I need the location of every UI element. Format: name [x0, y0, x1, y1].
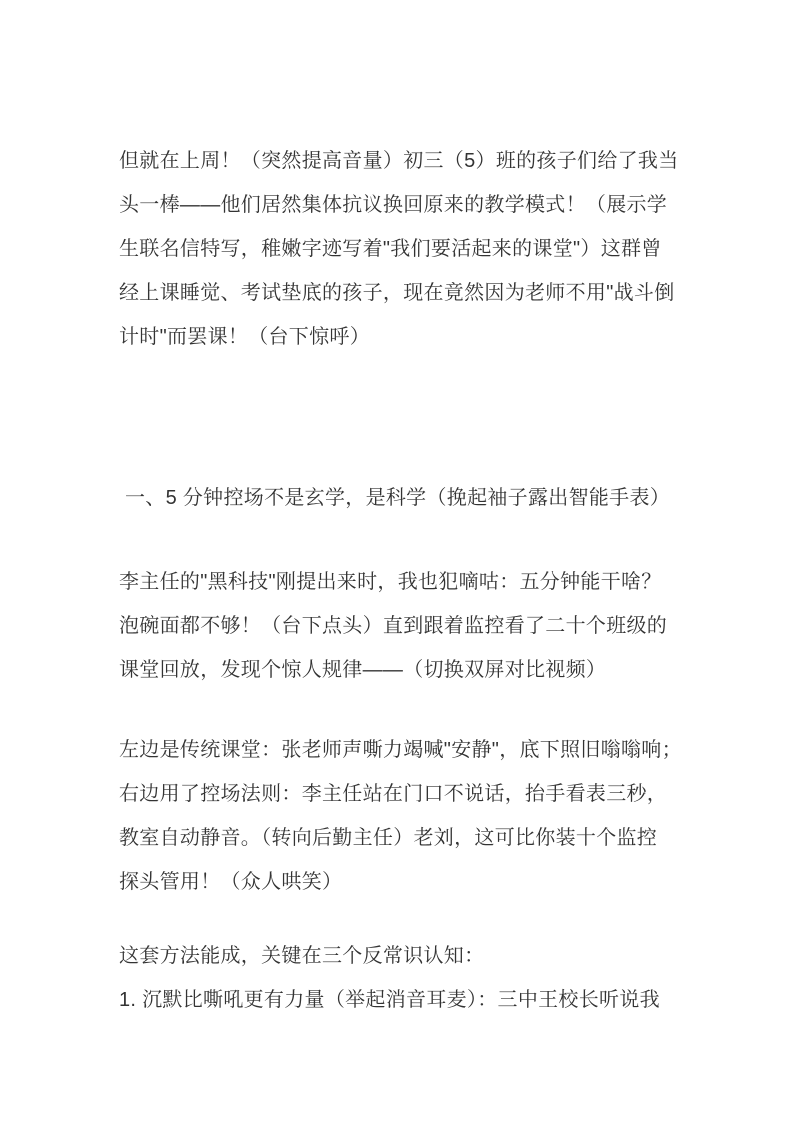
text-line: 课堂回放，发现个惊人规律——（切换双屏对比视频）: [119, 648, 691, 692]
paragraph-classroom-comparison: 左边是传统课堂：张老师声嘶力竭喊"安静"，底下照旧嗡嗡响； 右边用了控场法则：李…: [119, 728, 691, 904]
text-line: 右边用了控场法则：李主任站在门口不说话，抬手看表三秒，: [119, 772, 691, 816]
section-heading: 一、5 分钟控场不是玄学，是科学（挽起袖子露出智能手表）: [119, 476, 691, 520]
text-line: 探头管用！（众人哄笑）: [119, 860, 691, 904]
paragraph-black-tech-doubt: 李主任的"黑科技"刚提出来时，我也犯嘀咕：五分钟能干啥？ 泡碗面都不够！（台下点…: [119, 560, 691, 692]
document-page: 但就在上周！（突然提高音量）初三（5）班的孩子们给了我当 头一棒——他们居然集体…: [0, 0, 793, 1122]
paragraph-three-insights: 这套方法能成，关键在三个反常识认知： 1. 沉默比嘶吼更有力量（举起消音耳麦）：…: [119, 934, 691, 1022]
text-line: 但就在上周！（突然提高音量）初三（5）班的孩子们给了我当: [119, 139, 691, 183]
text-line: 教室自动静音。（转向后勤主任）老刘，这可比你装十个监控: [119, 816, 691, 860]
text-line: 李主任的"黑科技"刚提出来时，我也犯嘀咕：五分钟能干啥？: [119, 560, 691, 604]
text-line: 计时"而罢课！（台下惊呼）: [119, 315, 691, 359]
text-line: 泡碗面都不够！（台下点头）直到跟着监控看了二十个班级的: [119, 604, 691, 648]
text-line: 这套方法能成，关键在三个反常识认知：: [119, 934, 691, 978]
heading-line: 一、5 分钟控场不是玄学，是科学（挽起袖子露出智能手表）: [125, 476, 691, 520]
paragraph-protest-story: 但就在上周！（突然提高音量）初三（5）班的孩子们给了我当 头一棒——他们居然集体…: [119, 139, 691, 359]
list-item-line: 1. 沉默比嘶吼更有力量（举起消音耳麦）：三中王校长听说我: [119, 978, 691, 1022]
text-line: 经上课睡觉、考试垫底的孩子，现在竟然因为老师不用"战斗倒: [119, 271, 691, 315]
text-line: 左边是传统课堂：张老师声嘶力竭喊"安静"，底下照旧嗡嗡响；: [119, 728, 691, 772]
text-line: 头一棒——他们居然集体抗议换回原来的教学模式！（展示学: [119, 183, 691, 227]
text-line: 生联名信特写，稚嫩字迹写着"我们要活起来的课堂"）这群曾: [119, 227, 691, 271]
